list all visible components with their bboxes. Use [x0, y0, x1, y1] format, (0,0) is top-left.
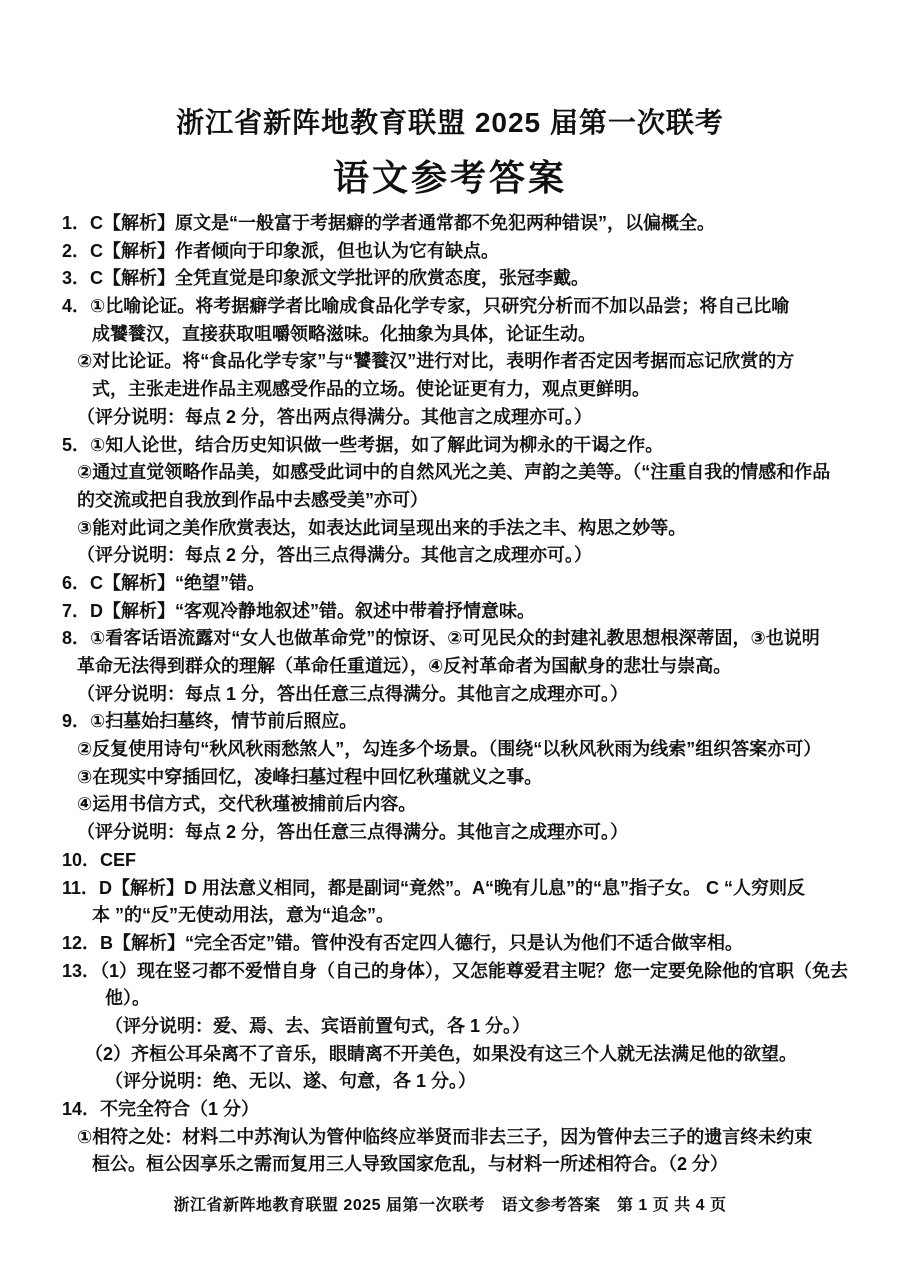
answer-line: 7．D【解析】“客观冷静地叙述”错。叙述中带着抒情意味。 — [62, 598, 860, 626]
scoring-note-line: （评分说明：每点 1 分，答出任意三点得满分。其他言之成理亦可。） — [77, 681, 860, 709]
answer-line: ③在现实中穿插回忆，凌峰扫墓过程中回忆秋瑾就义之事。 — [77, 764, 860, 792]
answer-line: 1．C【解析】原文是“一般富于考据癖的学者通常都不免犯两种错误”，以偏概全。 — [62, 210, 860, 238]
scoring-note-line: （评分说明：绝、无以、遂、句意，各 1 分。） — [105, 1068, 860, 1096]
answer-line: ③能对此词之美作欣赏表达，如表达此词呈现出来的手法之丰、构思之妙等。 — [77, 515, 860, 543]
answer-line: 6．C【解析】“绝望”错。 — [62, 570, 860, 598]
answer-line: 4．①比喻论证。将考据癖学者比喻成食品化学专家，只研究分析而不加以品尝；将自己比… — [62, 293, 860, 321]
answer-line: 8．①看客话语流露对“女人也做革命党”的惊讶、②可见民众的封建礼教思想根深蒂固，… — [62, 625, 860, 653]
answer-line: 本 ”的“反”无使动用法，意为“追念”。 — [92, 902, 860, 930]
answer-line: 革命无法得到群众的理解（革命任重道远），④反衬革命者为国献身的悲壮与崇高。 — [77, 653, 860, 681]
answer-line: ②通过直觉领略作品美，如感受此词中的自然风光之美、声韵之美等。（“注重自我的情感… — [77, 459, 860, 487]
answer-line: 9．①扫墓始扫墓终，情节前后照应。 — [62, 708, 860, 736]
answer-line: 11．D【解析】D 用法意义相同，都是副词“竟然”。A“晚有儿息”的“息”指子女… — [62, 875, 860, 903]
scoring-note-line: （评分说明：爱、焉、去、宾语前置句式，各 1 分。） — [105, 1013, 860, 1041]
answer-line: 3．C【解析】全凭直觉是印象派文学批评的欣赏态度，张冠李戴。 — [62, 265, 860, 293]
answers-body: 1．C【解析】原文是“一般富于考据癖的学者通常都不免犯两种错误”，以偏概全。 2… — [0, 210, 900, 1179]
answer-line: ①相符之处：材料二中苏洵认为管仲临终应举贤而非去三子，因为管仲去三子的遗言终未约… — [77, 1124, 860, 1152]
answer-line: 2．C【解析】作者倾向于印象派，但也认为它有缺点。 — [62, 238, 860, 266]
exam-title: 浙江省新阵地教育联盟 2025 届第一次联考 — [0, 106, 900, 140]
answer-line: 式，主张走进作品主观感受作品的立场。使论证更有力，观点更鲜明。 — [92, 376, 860, 404]
answer-key-title: 语文参考答案 — [0, 156, 900, 200]
answer-line: ②对比论证。将“食品化学专家”与“饕餮汉”进行对比，表明作者否定因考据而忘记欣赏… — [77, 348, 860, 376]
answer-line: 的交流或把自我放到作品中去感受美”亦可） — [77, 487, 860, 515]
answer-line: 5．①知人论世，结合历史知识做一些考据，如了解此词为柳永的干谒之作。 — [62, 432, 860, 460]
answer-line: 成饕餮汉，直接获取咀嚼领略滋味。化抽象为具体，论证生动。 — [92, 321, 860, 349]
answer-key-page: 浙江省新阵地教育联盟 2025 届第一次联考 语文参考答案 1．C【解析】原文是… — [0, 0, 900, 1272]
answer-line: （2）齐桓公耳朵离不了音乐，眼睛离不开美色，如果没有这三个人就无法满足他的欲望。 — [85, 1041, 860, 1069]
answer-line: ②反复使用诗句“秋风秋雨愁煞人”，勾连多个场景。（围绕“以秋风秋雨为线索”组织答… — [77, 736, 860, 764]
scoring-note-line: （评分说明：每点 2 分，答出任意三点得满分。其他言之成理亦可。） — [77, 819, 860, 847]
page-footer: 浙江省新阵地教育联盟 2025 届第一次联考 语文参考答案 第 1 页 共 4 … — [0, 1192, 900, 1215]
answer-line: 10．CEF — [62, 847, 860, 875]
answer-line: 12．B【解析】“完全否定”错。管仲没有否定四人德行，只是认为他们不适合做宰相。 — [62, 930, 860, 958]
answer-line: 13．（1）现在竖刁都不爱惜自身（自己的身体），又怎能尊爱君主呢？您一定要免除他… — [62, 958, 860, 986]
scoring-note-line: （评分说明：每点 2 分，答出两点得满分。其他言之成理亦可。） — [77, 404, 860, 432]
answer-line: 他）。 — [105, 985, 860, 1013]
scoring-note-line: （评分说明：每点 2 分，答出三点得满分。其他言之成理亦可。） — [77, 542, 860, 570]
answer-line: 14．不完全符合（1 分） — [62, 1096, 860, 1124]
answer-line: ④运用书信方式，交代秋瑾被捕前后内容。 — [77, 791, 860, 819]
answer-line: 桓公。桓公因享乐之需而复用三人导致国家危乱，与材料一所述相符合。（2 分） — [92, 1151, 860, 1179]
